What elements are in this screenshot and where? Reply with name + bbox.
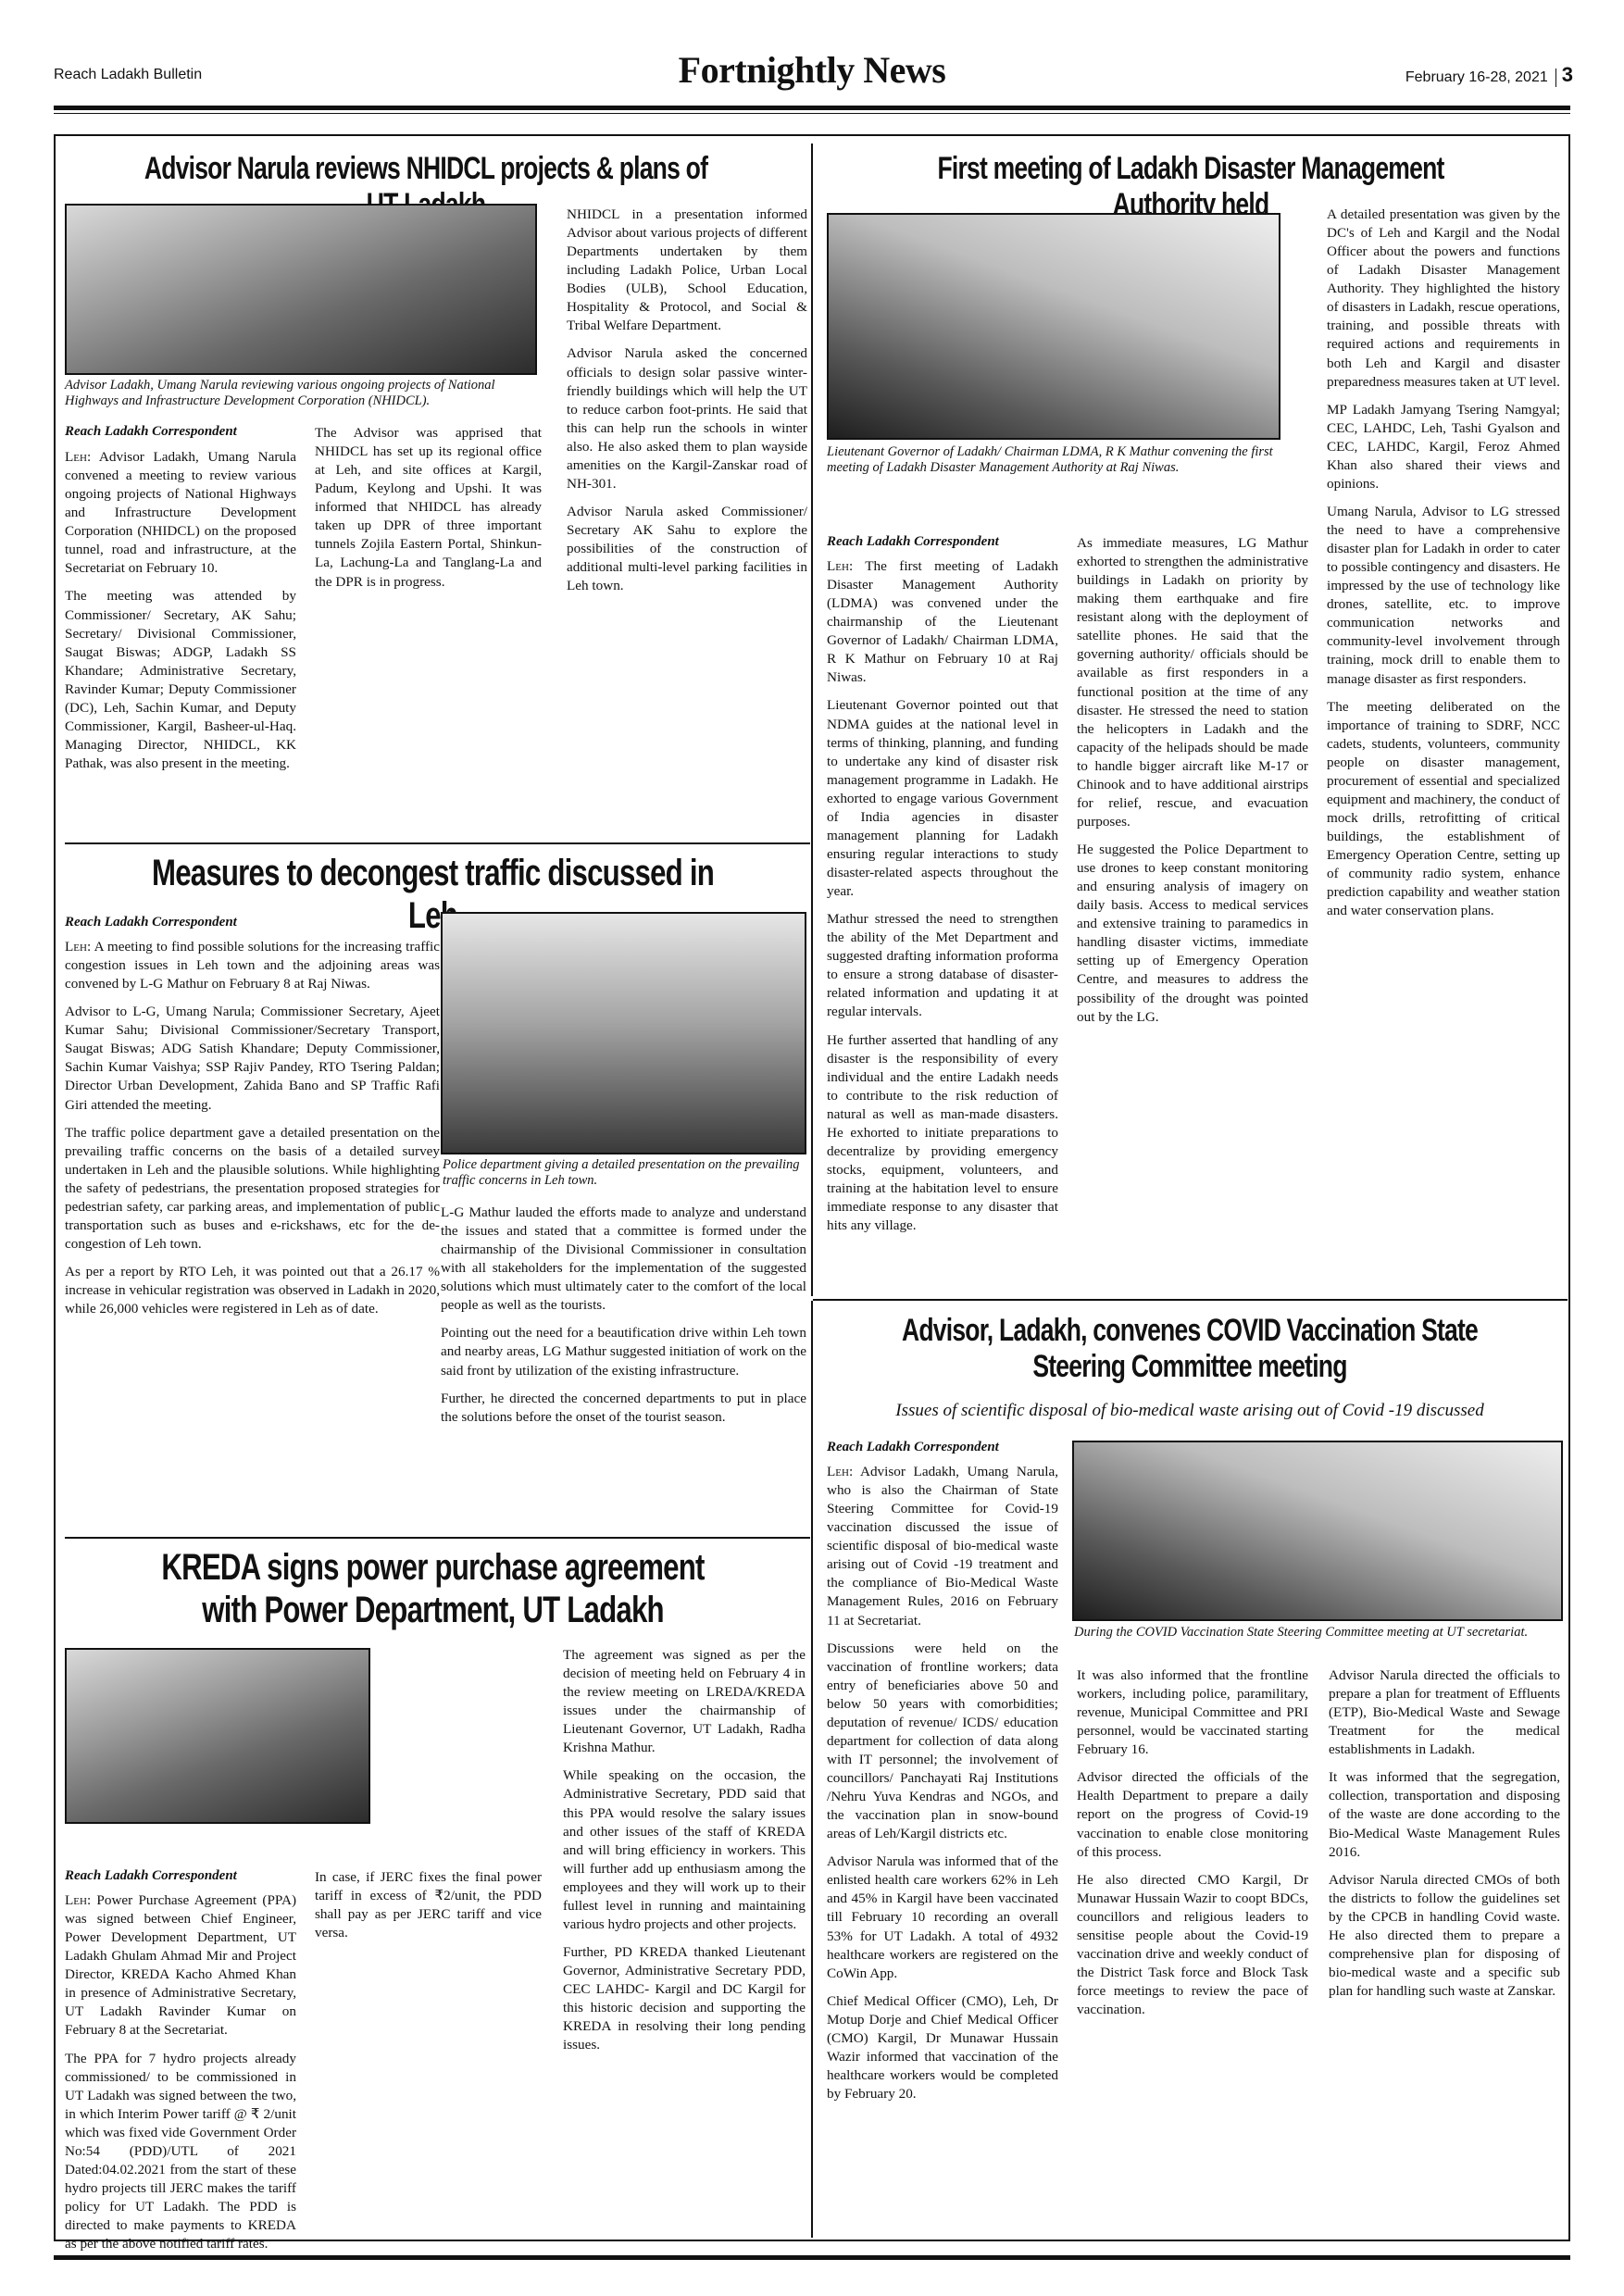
paragraph: While speaking on the occasion, the Admi… xyxy=(563,1766,806,1934)
paragraph: Further, PD KREDA thanked Lieutenant Gov… xyxy=(563,1943,806,2054)
nhidcl-photo-caption: Advisor Ladakh, Umang Narula reviewing v… xyxy=(65,378,542,410)
covid-photo xyxy=(1072,1441,1563,1621)
paragraph: Umang Narula, Advisor to LG stressed the… xyxy=(1327,503,1560,689)
issue-date-page: February 16-28, 20213 xyxy=(1405,63,1573,87)
paragraph: He suggested the Police Department to us… xyxy=(1077,841,1308,1027)
paragraph: Chief Medical Officer (CMO), Leh, Dr Mot… xyxy=(827,1992,1058,2103)
column-rule xyxy=(811,1301,813,2238)
covid-col-1: Leh: Advisor Ladakh, Umang Narula, who i… xyxy=(827,1463,1058,2113)
paragraph: The meeting deliberated on the importanc… xyxy=(1327,698,1560,921)
page-number: 3 xyxy=(1562,63,1573,86)
traffic-byline: Reach Ladakh Correspondent xyxy=(65,915,444,930)
paragraph: Advisor Narula was informed that of the … xyxy=(827,1853,1058,1982)
footer-rule xyxy=(54,2255,1570,2260)
column-rule xyxy=(811,143,813,1296)
paragraph: He further asserted that handling of any… xyxy=(827,1031,1058,1236)
paragraph: Power Purchase Agreement (PPA) was signe… xyxy=(65,1892,296,2038)
dateline: Leh: xyxy=(65,449,91,465)
paragraph: Advisor Narula asked the concerned offic… xyxy=(567,344,807,493)
ldma-col-3: A detailed presentation was given by the… xyxy=(1327,206,1560,930)
paragraph: A detailed presentation was given by the… xyxy=(1327,206,1560,392)
paragraph: Advisor Ladakh, Umang Narula convened a … xyxy=(65,449,296,576)
paragraph: MP Ladakh Jamyang Tsering Namgyal; CEC, … xyxy=(1327,401,1560,493)
kreda-col-1: Leh: Power Purchase Agreement (PPA) was … xyxy=(65,1891,296,2263)
paragraph: He also directed CMO Kargil, Dr Munawar … xyxy=(1077,1871,1308,2020)
paragraph: NHIDCL in a presentation informed Adviso… xyxy=(567,206,807,335)
paragraph: As immediate measures, LG Mathur exhorte… xyxy=(1077,534,1308,831)
article-divider xyxy=(65,842,810,844)
article-divider xyxy=(65,1537,810,1539)
ldma-col-1: Leh: The first meeting of Ladakh Disaste… xyxy=(827,557,1058,1244)
paragraph: A meeting to find possible solutions for… xyxy=(65,939,440,992)
ldma-col-2: As immediate measures, LG Mathur exhorte… xyxy=(1077,534,1308,1036)
covid-subheadline: Issues of scientific disposal of bio-med… xyxy=(815,1401,1565,1421)
paragraph: Advisor Narula asked Commissioner/ Secre… xyxy=(567,503,807,595)
ldma-photo-caption: Lieutenant Governor of Ladakh/ Chairman … xyxy=(827,444,1285,477)
paragraph: Advisor Narula directed CMOs of both the… xyxy=(1329,1871,1560,2001)
kreda-byline: Reach Ladakh Correspondent xyxy=(65,1868,296,1884)
kreda-headline: KREDA signs power purchase agreement wit… xyxy=(139,1546,728,1631)
header-rule xyxy=(54,106,1570,110)
issue-date: February 16-28, 2021 xyxy=(1405,69,1548,85)
kreda-col-3: The agreement was signed as per the deci… xyxy=(563,1646,806,2064)
nhidcl-col-3: NHIDCL in a presentation informed Adviso… xyxy=(567,206,807,605)
paragraph: Discussions were held on the vaccination… xyxy=(827,1640,1058,1844)
dateline: Leh: xyxy=(827,1464,853,1479)
traffic-col-2: L-G Mathur lauded the efforts made to an… xyxy=(441,1204,806,1436)
dateline: Leh: xyxy=(827,558,853,574)
covid-byline: Reach Ladakh Correspondent xyxy=(827,1440,1058,1455)
traffic-photo-caption: Police department giving a detailed pres… xyxy=(443,1157,808,1190)
ldma-byline: Reach Ladakh Correspondent xyxy=(827,534,1058,550)
nhidcl-col-1: Leh: Advisor Ladakh, Umang Narula conven… xyxy=(65,448,296,782)
article-divider xyxy=(813,1299,1568,1301)
paragraph: The agreement was signed as per the deci… xyxy=(563,1646,806,1757)
paragraph: Pointing out the need for a beautificati… xyxy=(441,1324,806,1379)
nhidcl-photo xyxy=(65,204,537,375)
paragraph: The Advisor was apprised that NHIDCL has… xyxy=(315,424,542,592)
traffic-col-1: Leh: A meeting to find possible solution… xyxy=(65,938,440,1328)
covid-col-2: It was also informed that the frontline … xyxy=(1077,1666,1308,2028)
dateline: Leh: xyxy=(65,1892,91,1908)
paragraph: Advisor directed the officials of the He… xyxy=(1077,1768,1308,1861)
kreda-col-2: In case, if JERC fixes the final power t… xyxy=(315,1868,542,1952)
covid-photo-caption: During the COVID Vaccination State Steer… xyxy=(1074,1625,1565,1641)
separator xyxy=(1555,69,1556,87)
covid-col-3: Advisor Narula directed the officials to… xyxy=(1329,1666,1560,2010)
paragraph: The meeting was attended by Commissioner… xyxy=(65,587,296,773)
paragraph: It was also informed that the frontline … xyxy=(1077,1666,1308,1759)
paragraph: Advisor Ladakh, Umang Narula, who is als… xyxy=(827,1464,1058,1628)
paragraph: Advisor to L-G, Umang Narula; Commission… xyxy=(65,1003,440,1114)
paragraph: L-G Mathur lauded the efforts made to an… xyxy=(441,1204,806,1315)
nhidcl-byline: Reach Ladakh Correspondent xyxy=(65,424,296,440)
section-title: Fortnightly News xyxy=(0,48,1624,92)
nhidcl-col-2: The Advisor was apprised that NHIDCL has… xyxy=(315,424,542,601)
paragraph: Lieutenant Governor pointed out that NDM… xyxy=(827,696,1058,901)
paragraph: As per a report by RTO Leh, it was point… xyxy=(65,1263,440,1318)
ldma-photo xyxy=(827,213,1280,440)
dateline: Leh: xyxy=(65,939,91,955)
paragraph: Mathur stressed the need to strengthen t… xyxy=(827,910,1058,1021)
paragraph: The traffic police department gave a det… xyxy=(65,1124,440,1254)
traffic-photo xyxy=(441,912,806,1154)
paragraph: The first meeting of Ladakh Disaster Man… xyxy=(827,558,1058,685)
covid-headline: Advisor, Ladakh, convenes COVID Vaccinat… xyxy=(897,1313,1482,1385)
paragraph: Further, he directed the concerned depar… xyxy=(441,1390,806,1427)
header-rule-thin xyxy=(54,113,1570,114)
kreda-photo xyxy=(65,1648,370,1824)
paragraph: It was informed that the segregation, co… xyxy=(1329,1768,1560,1861)
paragraph: Advisor Narula directed the officials to… xyxy=(1329,1666,1560,1759)
paragraph: The PPA for 7 hydro projects already com… xyxy=(65,2050,296,2254)
paragraph: In case, if JERC fixes the final power t… xyxy=(315,1868,542,1942)
